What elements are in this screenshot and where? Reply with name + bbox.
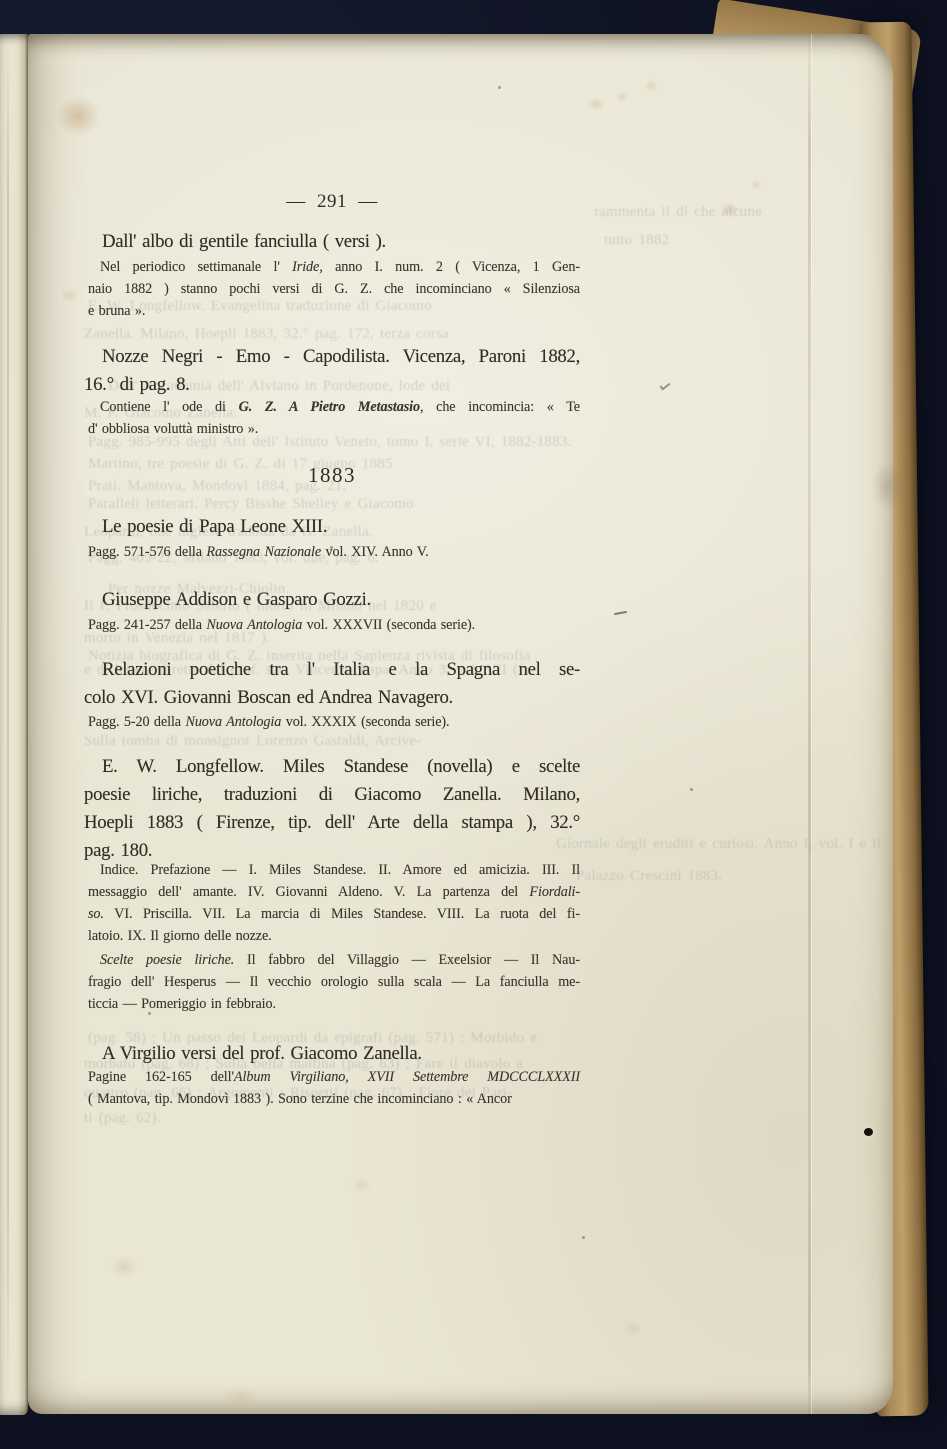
foxing-stain (56, 96, 100, 136)
entry-note: Pagg. 241-257 della Nuova Antologia vol.… (88, 614, 580, 636)
show-through-line: Palazzo Crescini 1883. (576, 866, 876, 886)
text-line: e bruna ». (88, 300, 580, 322)
text-line: ticcia — Pomeriggio in febbraio. (88, 993, 580, 1015)
text-line: Le poesie di Papa Leone XIII. (84, 513, 580, 541)
speck (582, 1236, 585, 1239)
show-through-line: tutto 1882 (604, 230, 774, 250)
entry-title: Le poesie di Papa Leone XIII. (84, 513, 580, 541)
bibliography-entry: A Virgilio versi del prof. Giacomo Zanel… (84, 1040, 580, 1110)
book-page: rammenta il di che alcunetutto 1882E. W.… (28, 34, 893, 1414)
bibliography-entry: E. W. Longfellow. Miles Standese (novell… (84, 753, 580, 1015)
text-line: naio 1882 ) stanno pochi versi di G. Z. … (88, 278, 580, 300)
text-line: Scelte poesie liriche. Il fabbro del Vil… (88, 949, 580, 971)
text-line: A Virgilio versi del prof. Giacomo Zanel… (84, 1040, 580, 1068)
text-line: Indice. Prefazione — I. Miles Standese. … (88, 859, 580, 881)
foxing-stain (720, 202, 739, 217)
entry-note: Indice. Prefazione — I. Miles Standese. … (88, 859, 580, 947)
scanned-book-photo: rammenta il di che alcunetutto 1882E. W.… (0, 0, 947, 1449)
show-through-line: Giornale degli eruditi e curiosi. Anno I… (556, 834, 886, 854)
show-through-line: rammenta il di che alcune (594, 202, 894, 222)
entry-title: Giuseppe Addison e Gasparo Gozzi. (84, 586, 580, 614)
foxing-stain (622, 1320, 643, 1337)
foxing-stain (60, 288, 79, 303)
ink-spot (864, 1128, 873, 1136)
entry-note: Pagine 162-165 dell'Album Virgiliano, XV… (88, 1066, 580, 1110)
text-line: Nel periodico settimanale l' Iride, anno… (88, 256, 580, 278)
entry-title: Relazioni poetiche tra l' Italia e la Sp… (84, 656, 580, 712)
text-line: d' obbliosa voluttà ministro ». (88, 418, 580, 440)
entry-note: Pagg. 5-20 della Nuova Antologia vol. XX… (88, 711, 580, 733)
text-line: Pagg. 241-257 della Nuova Antologia vol.… (88, 614, 580, 636)
page-number: — 291 — (84, 188, 580, 216)
text-line: Contiene l' ode di G. Z. A Pietro Metast… (88, 396, 580, 418)
entry-note: Pagg. 571-576 della Rassegna Nazionale v… (88, 541, 580, 563)
entry-title: Dall' albo di gentile fanciulla ( versi … (84, 228, 580, 256)
foxing-stain (110, 1256, 138, 1278)
show-through-line: ti (pag. 62). (84, 1108, 254, 1128)
text-line: Hoepli 1883 ( Firenze, tip. dell' Arte d… (84, 809, 580, 837)
foxing-stain (616, 92, 628, 102)
smudge-stain (872, 462, 904, 510)
text-line: latoio. IX. Il giorno delle nozze. (88, 925, 580, 947)
year-heading: 1883 (84, 460, 580, 490)
text-line: Dall' albo di gentile fanciulla ( versi … (84, 228, 580, 256)
page-content: — 291 —Dall' albo di gentile fanciulla (… (84, 188, 580, 1110)
text-line: 16.° di pag. 8. (84, 371, 580, 399)
foxing-stain (750, 180, 762, 190)
foxing-stain (352, 1178, 371, 1193)
speck (690, 788, 693, 791)
text-line: Pagine 162-165 dell'Album Virgiliano, XV… (88, 1066, 580, 1088)
bibliography-entry: Nozze Negri - Emo - Capodilista. Vicenza… (84, 343, 580, 440)
foxing-stain (588, 98, 605, 111)
entry-title: A Virgilio versi del prof. Giacomo Zanel… (84, 1040, 580, 1068)
bibliography-entry: Dall' albo di gentile fanciulla ( versi … (84, 228, 580, 322)
bibliography-entry: Le poesie di Papa Leone XIII.Pagg. 571-5… (84, 513, 580, 563)
foxing-stain (644, 80, 658, 92)
entry-title: Nozze Negri - Emo - Capodilista. Vicenza… (84, 343, 580, 399)
text-line: messaggio dell' amante. IV. Giovanni Ald… (88, 881, 580, 903)
text-line: Nozze Negri - Emo - Capodilista. Vicenza… (84, 343, 580, 371)
text-line: E. W. Longfellow. Miles Standese (novell… (84, 753, 580, 781)
bibliography-entry: Giuseppe Addison e Gasparo Gozzi.Pagg. 2… (84, 586, 580, 636)
text-line: Pagg. 5-20 della Nuova Antologia vol. XX… (88, 711, 580, 733)
entry-title: E. W. Longfellow. Miles Standese (novell… (84, 753, 580, 865)
foxing-stain (222, 1386, 260, 1405)
text-line: ( Mantova, tip. Mondovì 1883 ). Sono ter… (88, 1088, 580, 1110)
entry-note: Scelte poesie liriche. Il fabbro del Vil… (88, 949, 580, 1015)
text-line: fragio dell' Hesperus — Il vecchio orolo… (88, 971, 580, 993)
underlying-page-edge (0, 34, 28, 1415)
text-line: so. VI. Priscilla. VII. La marcia di Mil… (88, 903, 580, 925)
entry-note: Nel periodico settimanale l' Iride, anno… (88, 256, 580, 322)
text-line: Giuseppe Addison e Gasparo Gozzi. (84, 586, 580, 614)
entry-note: Contiene l' ode di G. Z. A Pietro Metast… (88, 396, 580, 440)
text-line: Relazioni poetiche tra l' Italia e la Sp… (84, 656, 580, 684)
text-line: colo XVI. Giovanni Boscan ed Andrea Nava… (84, 684, 580, 712)
speck (498, 86, 501, 89)
text-line: Pagg. 571-576 della Rassegna Nazionale v… (88, 541, 580, 563)
text-line: poesie liriche, traduzioni di Giacomo Za… (84, 781, 580, 809)
bibliography-entry: Relazioni poetiche tra l' Italia e la Sp… (84, 656, 580, 733)
